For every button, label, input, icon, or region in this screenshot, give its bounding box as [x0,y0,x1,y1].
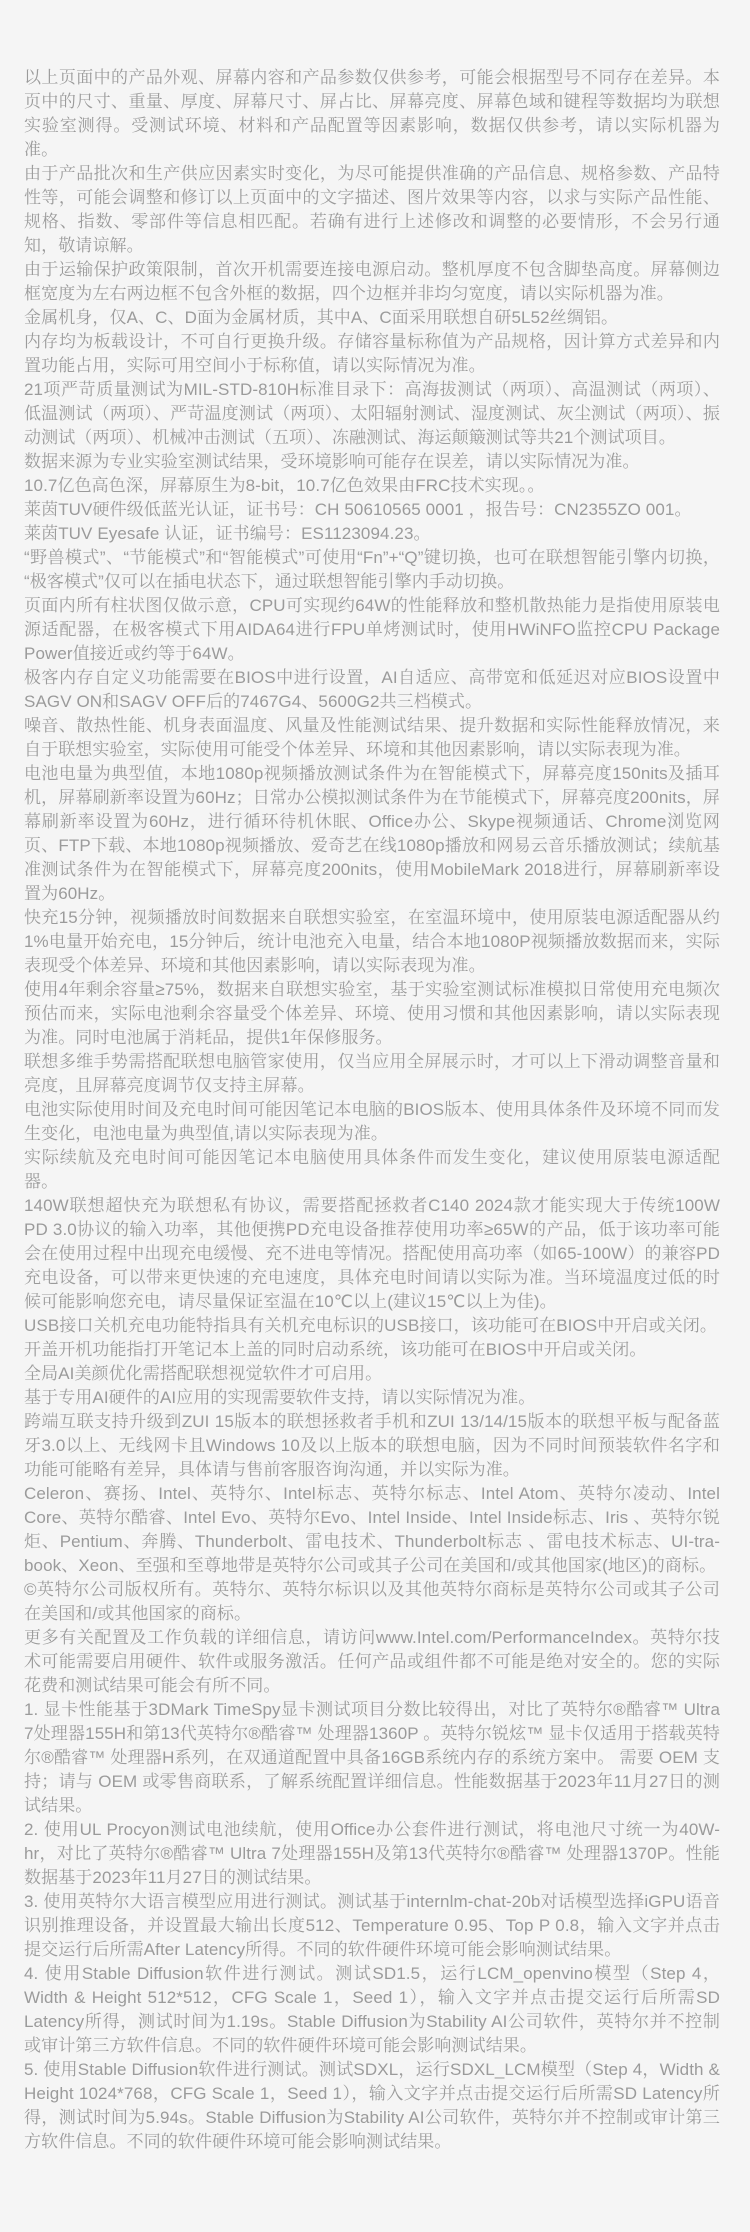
disclaimer-paragraph: 页面内所有柱状图仅做示意，CPU可实现约64W的性能释放和整机散热能力是指使用原… [24,594,720,666]
disclaimer-paragraph: 21项严苛质量测试为MIL-STD-810H标准目录下：高海拔测试（两项）、高温… [24,378,720,450]
disclaimer-paragraph: 极客内存自定义功能需要在BIOS中进行设置，AI自适应、高带宽和低延迟对应BIO… [24,666,720,714]
disclaimer-paragraph: 金属机身，仅A、C、D面为金属材质，其中A、C面采用联想自研5L52丝绸铝。 [24,306,720,330]
disclaimer-paragraph: 开盖开机功能指打开笔记本上盖的同时启动系统，该功能可在BIOS中开启或关闭。 [24,1338,720,1362]
disclaimer-paragraph: 跨端互联支持升级到ZUI 15版本的联想拯救者手机和ZUI 13/14/15版本… [24,1410,720,1482]
disclaimer-paragraph: 联想多维手势需搭配联想电脑管家使用，仅当应用全屏展示时，才可以上下滑动调整音量和… [24,1050,720,1098]
disclaimer-paragraph: 以上页面中的产品外观、屏幕内容和产品参数仅供参考，可能会根据型号不同存在差异。本… [24,66,720,162]
disclaimer-paragraph: 更多有关配置及工作负载的详细信息，请访问www.Intel.com/Perfor… [24,1626,720,1698]
disclaimer-paragraph: 10.7亿色高色深，屏幕原生为8-bit，10.7亿色效果由FRC技术实现。。 [24,474,720,498]
disclaimer-paragraph: 数据来源为专业实验室测试结果，受环境影响可能存在误差，请以实际情况为准。 [24,450,720,474]
disclaimer-paragraph: 140W联想超快充为联想私有协议，需要搭配拯救者C140 2024款才能实现大于… [24,1194,720,1314]
disclaimer-paragraph: 由于运输保护政策限制，首次开机需要连接电源启动。整机厚度不包含脚垫高度。屏幕侧边… [24,258,720,306]
disclaimer-paragraph: 实际续航及充电时间可能因笔记本电脑使用具体条件而发生变化，建议使用原装电源适配器… [24,1146,720,1194]
disclaimer-paragraph: 噪音、散热性能、机身表面温度、风量及性能测试结果、提升数据和实际性能释放情况，来… [24,714,720,762]
disclaimer-paragraph: 由于产品批次和生产供应因素实时变化，为尽可能提供准确的产品信息、规格参数、产品特… [24,162,720,258]
disclaimer-paragraph: 3. 使用英特尔大语言模型应用进行测试。测试基于internlm-chat-20… [24,1890,720,1962]
disclaimer-paragraph: 5. 使用Stable Diffusion软件进行测试。测试SDXL，运行SDX… [24,2058,720,2154]
disclaimer-paragraph: 电池实际使用时间及充电时间可能因笔记本电脑的BIOS版本、使用具体条件及环境不同… [24,1098,720,1146]
disclaimer-paragraph: 4. 使用Stable Diffusion软件进行测试。测试SD1.5，运行LC… [24,1962,720,2058]
disclaimer-paragraph: 电池电量为典型值，本地1080p视频播放测试条件为在智能模式下，屏幕亮度150n… [24,762,720,906]
disclaimer-paragraph: Celeron、赛扬、Intel、英特尔、Intel标志、英特尔标志、Intel… [24,1482,720,1578]
disclaimer-paragraph: 使用4年剩余容量≥75%，数据来自联想实验室，基于实验室测试标准模拟日常使用充电… [24,978,720,1050]
disclaimer-paragraph: 快充15分钟，视频播放时间数据来自联想实验室，在室温环境中，使用原装电源适配器从… [24,906,720,978]
disclaimer-paragraph: 2. 使用UL Procyon测试电池续航，使用Office办公套件进行测试，将… [24,1818,720,1890]
disclaimer-paragraph: 全局AI美颜优化需搭配联想视觉软件才可启用。 [24,1362,720,1386]
disclaimer-paragraph: 基于专用AI硬件的AI应用的实现需要软件支持，请以实际情况为准。 [24,1386,720,1410]
disclaimer-paragraph: “野兽模式”、“节能模式”和“智能模式”可使用“Fn”+“Q”键切换，也可在联想… [24,546,720,594]
disclaimer-paragraph: 莱茵TUV Eyesafe 认证，证书编号：ES1123094.23。 [24,522,720,546]
disclaimer-paragraph: 1. 显卡性能基于3DMark TimeSpy显卡测试项目分数比较得出，对比了英… [24,1698,720,1818]
disclaimer-paragraph: 莱茵TUV硬件级低蓝光认证，证书号：CH 50610565 0001 ，报告号：… [24,498,720,522]
disclaimer-paragraph: USB接口关机充电功能特指具有关机充电标识的USB接口，该功能可在BIOS中开启… [24,1314,720,1338]
disclaimer-paragraph: 内存均为板载设计，不可自行更换升级。存储容量标称值为产品规格，因计算方式差异和内… [24,330,720,378]
disclaimer-paragraph: ©英特尔公司版权所有。英特尔、英特尔标识以及其他英特尔商标是英特尔公司或其子公司… [24,1578,720,1626]
disclaimer-section: 以上页面中的产品外观、屏幕内容和产品参数仅供参考，可能会根据型号不同存在差异。本… [0,0,750,2232]
